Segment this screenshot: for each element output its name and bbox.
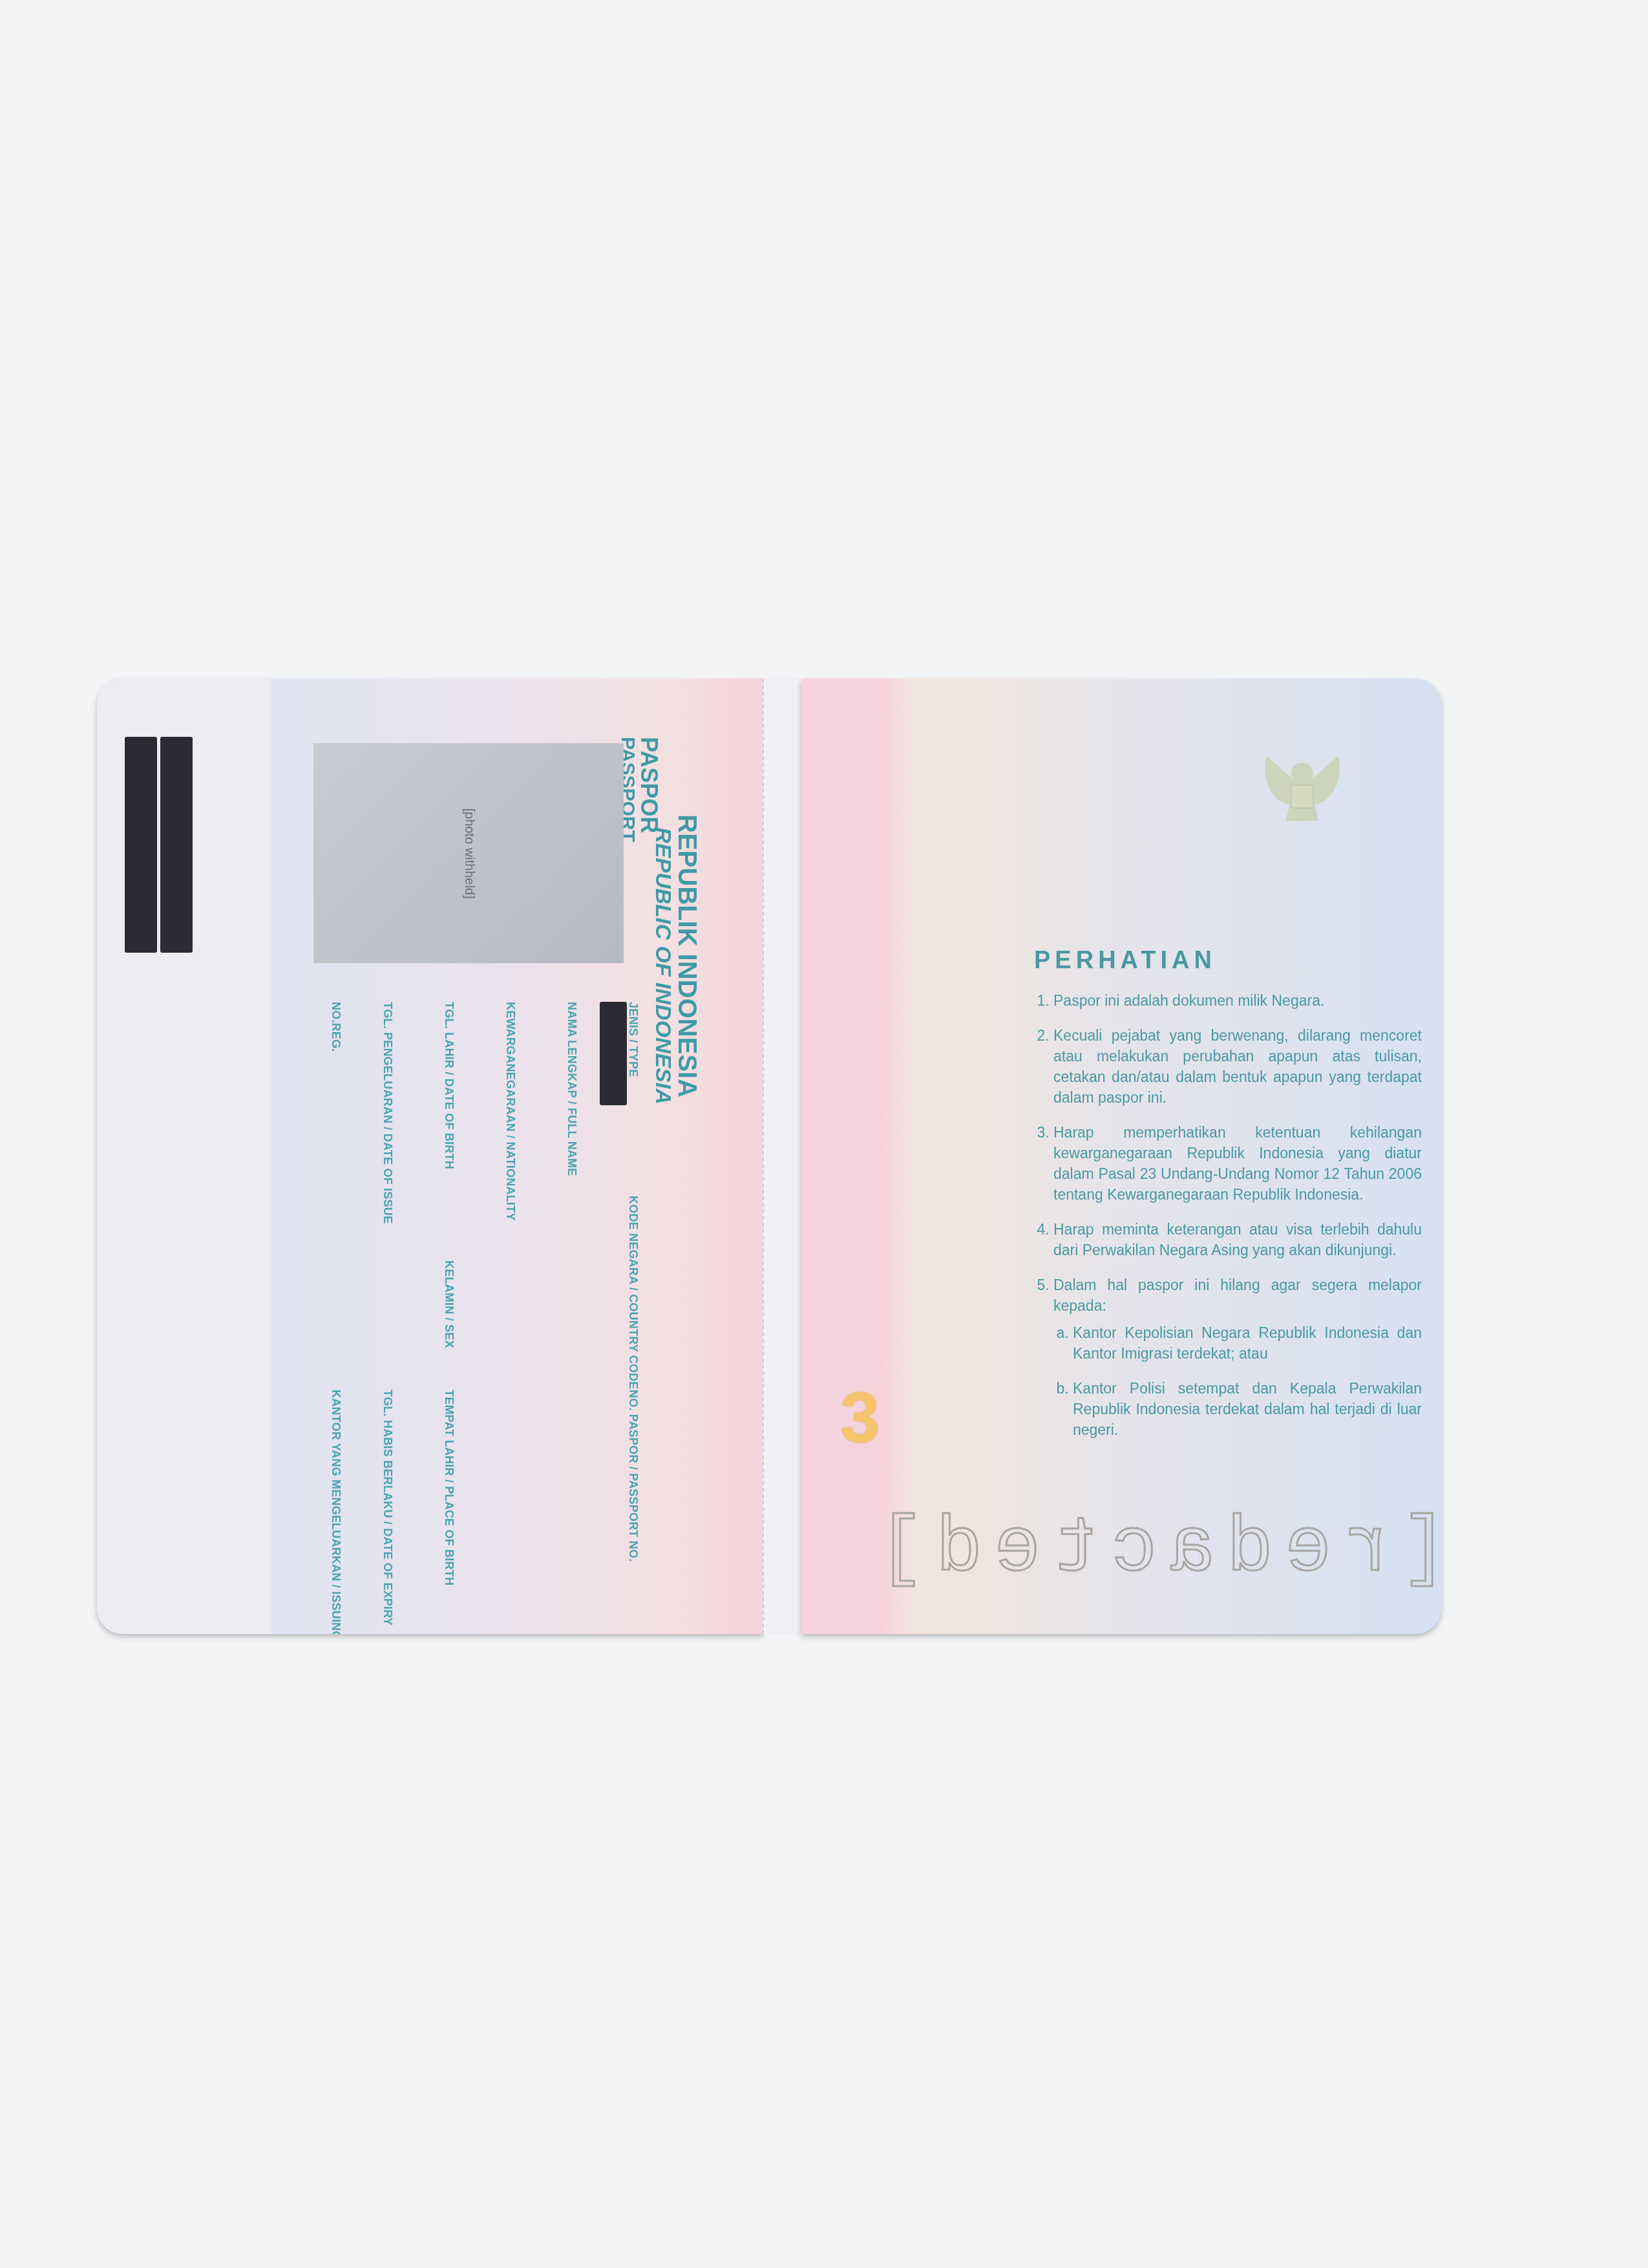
notice-subitem: Kantor Polisi setempat dan Kepala Perwak… [1073, 1378, 1422, 1440]
country-code-label: KODE NEGARA / COUNTRY CODE [626, 1196, 640, 1390]
garuda-emblem-icon [1254, 750, 1351, 834]
notice-item: Dalam hal paspor ini hilang agar segera … [1053, 1275, 1422, 1440]
issue-label: TGL. PENGELUARAN / DATE OF ISSUE [381, 1002, 394, 1224]
country-title: REPUBLIK INDONESIA [672, 814, 701, 1097]
country-title-en: REPUBLIC OF INDONESIA [650, 827, 675, 1105]
notice-item: Kecuali pejabat yang berwenang, dilarang… [1053, 1025, 1422, 1108]
notice-title: PERHATIAN [1034, 950, 1422, 971]
doc-title: PASPOR [635, 737, 662, 833]
nationality-label: KEWARGANEGARAAN / NATIONALITY [503, 1002, 517, 1220]
office-label: KANTOR YANG MENGELUARKAN / ISSUING OFFIC… [329, 1390, 343, 1634]
type-label: JENIS / TYPE [626, 1002, 640, 1077]
page-number: 3 [840, 1377, 880, 1459]
notice-page: PERHATIAN Paspor ini adalah dokumen mili… [801, 679, 1441, 1634]
sex-label: KELAMIN / SEX [442, 1260, 456, 1348]
notice-section: PERHATIAN Paspor ini adalah dokumen mili… [1034, 950, 1422, 1454]
personal-data: [redacted] [600, 1002, 627, 1105]
passport-no-label: NO. PASPOR / PASSPORT NO. [626, 1390, 640, 1562]
mrz-zone: [redacted] [redacted] [109, 679, 271, 1634]
mrz-line-1: [redacted] [160, 737, 193, 953]
full-name-label: NAMA LENGKAP / FULL NAME [565, 1002, 578, 1176]
perforated-number: [redacted] [866, 1506, 1441, 1594]
reg-label: NO.REG. [329, 1002, 343, 1052]
passport-booklet: [redacted] [redacted] REPUBLIK INDONESIA… [97, 679, 1441, 1635]
notice-subitem: Kantor Kepolisian Negara Republik Indone… [1073, 1322, 1422, 1364]
expiry-label: TGL. HABIS BERLAKU / DATE OF EXPIRY [381, 1390, 394, 1626]
holder-photo: [photo withheld] [313, 743, 624, 963]
pob-label: TEMPAT LAHIR / PLACE OF BIRTH [442, 1390, 456, 1585]
booklet-spine [763, 679, 803, 1634]
notice-item: Harap meminta keterangan atau visa terle… [1053, 1219, 1422, 1260]
mrz-line-2: [redacted] [125, 737, 157, 953]
notice-item: Paspor ini adalah dokumen milik Negara. [1053, 990, 1422, 1011]
notice-item: Harap memperhatikan ketentuan kehilangan… [1053, 1122, 1422, 1205]
data-page: [redacted] [redacted] REPUBLIK INDONESIA… [97, 679, 763, 1634]
dob-label: TGL. LAHIR / DATE OF BIRTH [442, 1002, 456, 1169]
